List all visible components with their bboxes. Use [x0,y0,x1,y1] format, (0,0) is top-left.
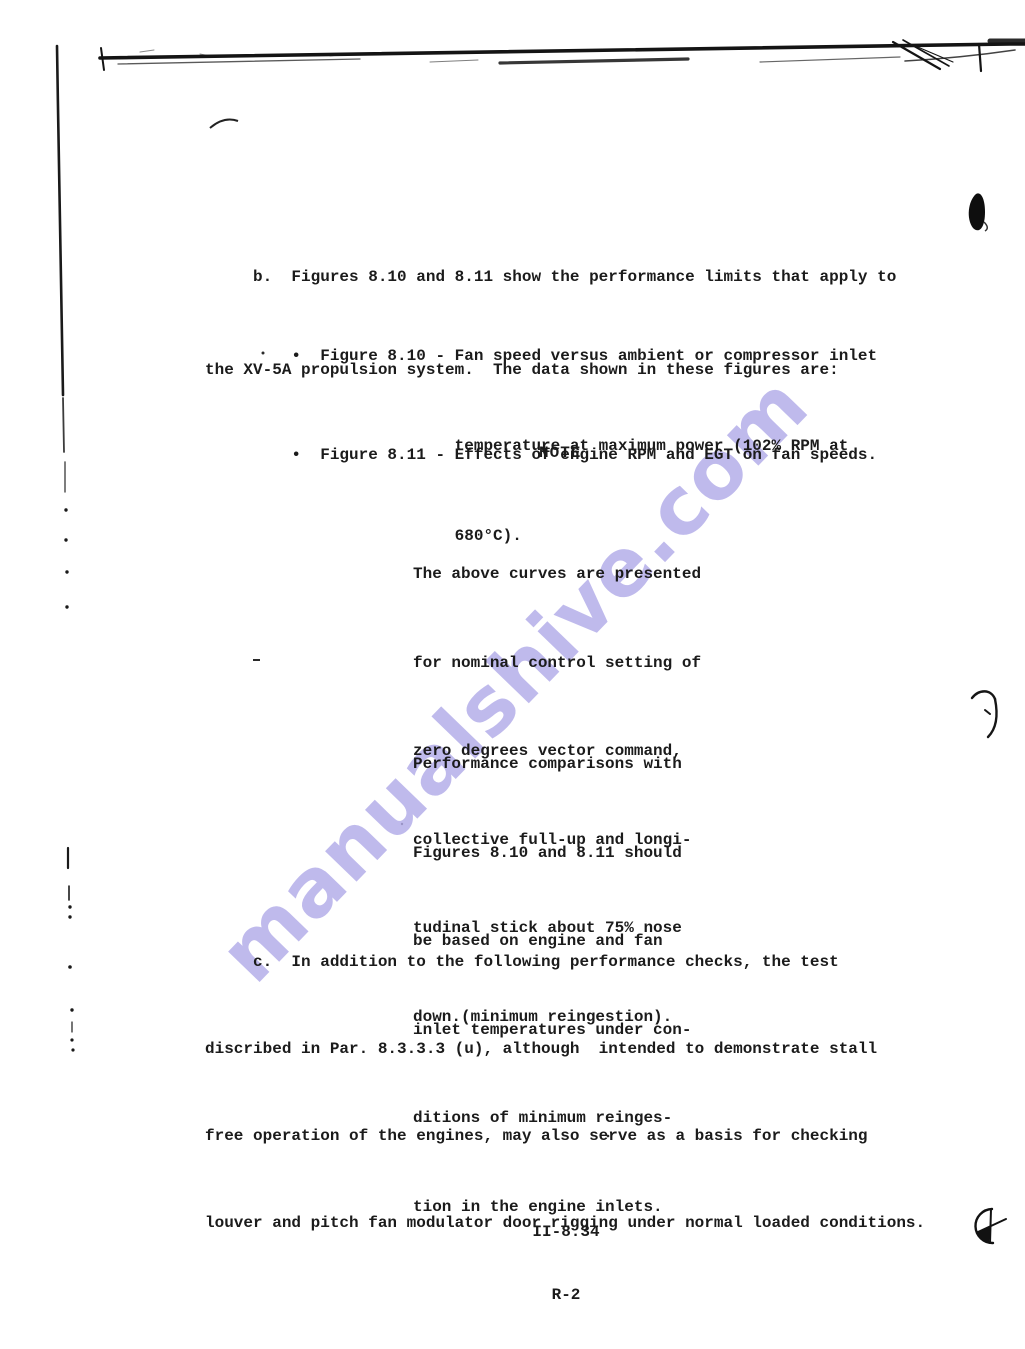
paragraph-c-line: free operation of the engines, may also … [205,1122,925,1151]
ink-blot-right-top [969,193,988,231]
note-heading: NOTE [539,438,581,468]
paragraph-c-line: c. In addition to the following performa… [205,948,925,977]
bullet-line: • Figure 8.10 - Fan speed versus ambient… [205,341,877,371]
note-line: Performance comparisons with [413,750,691,780]
note-line: Figures 8.10 and 8.11 should [413,839,691,869]
scan-left-edge [57,46,74,1051]
pen-swoosh-mark [210,120,238,128]
scanned-manual-page: manualshive.com b. Figures 8.10 and 8.11… [0,0,1025,1349]
paragraph-c-line: discribed in Par. 8.3.3.3 (u), although … [205,1035,925,1064]
revision-number: R-2 [500,1285,632,1306]
note-line: for nominal control setting of [413,649,701,679]
ink-blot-right-bottom [975,1209,1006,1243]
page-number: II-8.34 [500,1222,632,1243]
scan-top-border [100,40,1025,71]
page-footer: II-8.34 R-2 [500,1180,632,1348]
ink-blot-right-middle [972,691,997,737]
note-line: The above curves are presented [413,560,701,590]
